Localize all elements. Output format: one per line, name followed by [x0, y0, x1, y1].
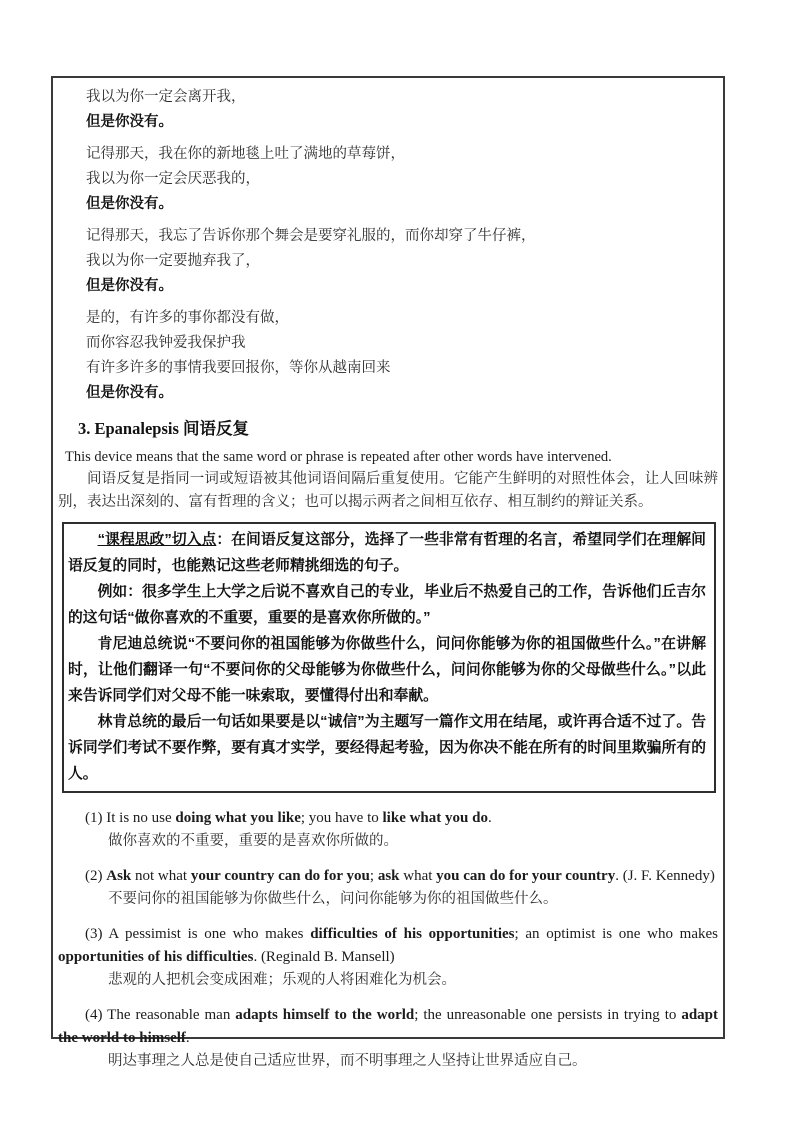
ideology-education-box: “课程思政”切入点：在间语反复这部分，选择了一些非常有哲理的名言，希望同学们在理…: [62, 522, 716, 793]
example-translation-3: 悲观的人把机会变成困难；乐观的人将困难化为机会。: [58, 969, 718, 992]
ideology-paragraph-lincoln: 林肯总统的最后一句话如果要是以“诚信”为主题写一篇作文用在结尾，或许再合适不过了…: [68, 709, 706, 787]
poem-refrain-line: 但是你没有。: [86, 110, 718, 135]
ideology-paragraph-intro: “课程思政”切入点：在间语反复这部分，选择了一些非常有哲理的名言，希望同学们在理…: [68, 527, 706, 579]
example-english-3: (3) A pessimist is one who makes difficu…: [58, 923, 718, 969]
poem-stanza-1: 我以为你一定会离开我， 但是你没有。: [86, 85, 718, 135]
poem-stanza-3: 记得那天，我忘了告诉你那个舞会是要穿礼服的，而你却穿了牛仔裤， 我以为你一定要抛…: [86, 224, 718, 299]
poem-line: 我以为你一定会离开我，: [86, 85, 718, 110]
poem-stanza-4: 是的，有许多的事你都没有做， 而你容忍我钟爱我保护我 有许多许多的事情我要回报你…: [86, 306, 718, 406]
document-border-frame: 我以为你一定会离开我， 但是你没有。 记得那天，我在你的新地毯上吐了满地的草莓饼…: [51, 76, 725, 1039]
poem-refrain-line: 但是你没有。: [86, 381, 718, 406]
example-item-4: (4) The reasonable man adapts himself to…: [58, 1004, 718, 1073]
poem-line: 有许多许多的事情我要回报你，等你从越南回来: [86, 356, 718, 381]
example-english-4: (4) The reasonable man adapts himself to…: [58, 1004, 718, 1050]
poem-line: 是的，有许多的事你都没有做，: [86, 306, 718, 331]
example-item-1: (1) It is no use doing what you like; yo…: [58, 807, 718, 853]
poem-line: 记得那天，我在你的新地毯上吐了满地的草莓饼，: [86, 142, 718, 167]
definition-english: This device means that the same word or …: [58, 446, 718, 468]
example-sentences-list: (1) It is no use doing what you like; yo…: [58, 807, 718, 1073]
poem-refrain-line: 但是你没有。: [86, 274, 718, 299]
example-translation-4: 明达事理之人总是使自己适应世界，而不明事理之人坚持让世界适应自己。: [58, 1050, 718, 1073]
ideology-paragraph-example: 例如：很多学生上大学之后说不喜欢自己的专业，毕业后不热爱自己的工作，告诉他们丘吉…: [68, 579, 706, 631]
poem-refrain-line: 但是你没有。: [86, 192, 718, 217]
section-heading-epanalepsis: 3. Epanalepsis 间语反复: [78, 415, 718, 439]
poem-line: 记得那天，我忘了告诉你那个舞会是要穿礼服的，而你却穿了牛仔裤，: [86, 224, 718, 249]
example-translation-2: 不要问你的祖国能够为你做些什么，问问你能够为你的祖国做些什么。: [58, 888, 718, 911]
poem-line: 我以为你一定会厌恶我的，: [86, 167, 718, 192]
example-english-2: (2) Ask not what your country can do for…: [58, 865, 718, 888]
example-translation-1: 做你喜欢的不重要，重要的是喜欢你所做的。: [58, 830, 718, 853]
ideology-paragraph-kennedy: 肯尼迪总统说“不要问你的祖国能够为你做些什么，问问你能够为你的祖国做些什么。”在…: [68, 631, 706, 709]
example-english-1: (1) It is no use doing what you like; yo…: [58, 807, 718, 830]
example-item-3: (3) A pessimist is one who makes difficu…: [58, 923, 718, 992]
poem-stanza-2: 记得那天，我在你的新地毯上吐了满地的草莓饼， 我以为你一定会厌恶我的， 但是你没…: [86, 142, 718, 217]
poem-line: 我以为你一定要抛弃我了，: [86, 249, 718, 274]
poem-but-you-didnt: 我以为你一定会离开我， 但是你没有。 记得那天，我在你的新地毯上吐了满地的草莓饼…: [86, 85, 718, 406]
definition-chinese: 间语反复是指同一词或短语被其他词语间隔后重复使用。它能产生鲜明的对照性体会，让人…: [58, 468, 718, 514]
poem-line: 而你容忍我钟爱我保护我: [86, 331, 718, 356]
example-item-2: (2) Ask not what your country can do for…: [58, 865, 718, 911]
document-page: 我以为你一定会离开我， 但是你没有。 记得那天，我在你的新地毯上吐了满地的草莓饼…: [0, 0, 794, 1123]
